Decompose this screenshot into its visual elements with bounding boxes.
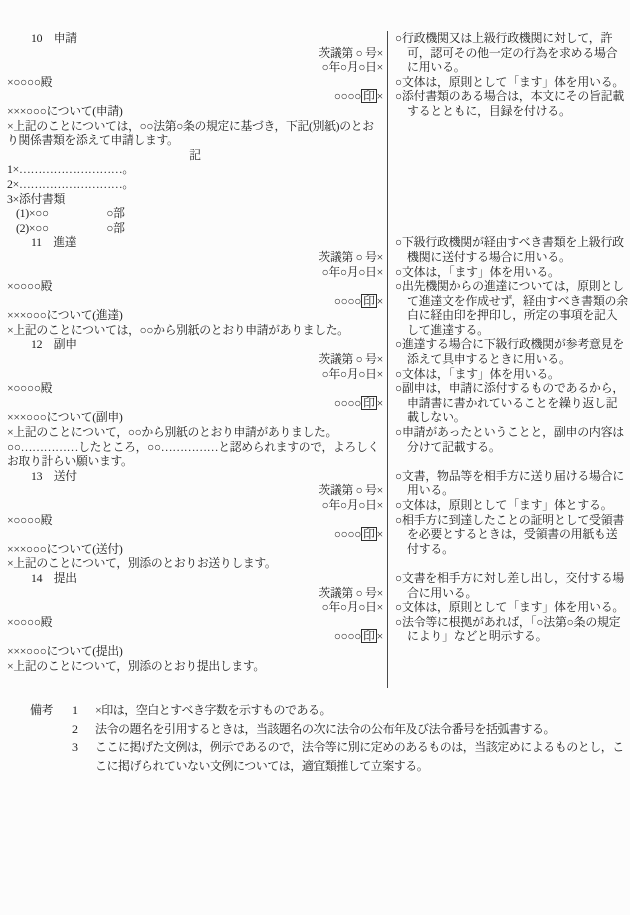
section-14-document: 14 提出茨議第 ○ 号×○年○月○日××○○○○殿○○○○印××××○○○につ… xyxy=(0,571,387,673)
seal-stamp-icon: 印 xyxy=(361,89,377,103)
document-line: ×○○○○殿 xyxy=(7,381,383,396)
sender-name-placeholder: ○○○○ xyxy=(334,527,361,541)
note-item: ○文体は，原則として「ます」体を用いる。 xyxy=(395,75,628,90)
document-line: ○年○月○日× xyxy=(7,498,383,513)
note-item: ○申請があったということと，副申の内容は分けて記載する。 xyxy=(395,425,628,454)
seal-stamp-icon: 印 xyxy=(361,629,377,643)
document-line: 茨議第 ○ 号× xyxy=(7,352,383,367)
remark-item: 備考1×印は，空白とすべき字数を示すものである。 xyxy=(30,701,626,720)
remark-number: 1 xyxy=(72,701,95,720)
section-heading: 13 送付 xyxy=(7,469,383,484)
document-page: 10 申請茨議第 ○ 号×○年○月○日××○○○○殿○○○○印××××○○○につ… xyxy=(0,0,630,915)
seal-trailing-mark: × xyxy=(377,89,383,103)
seal-trailing-mark: × xyxy=(377,629,383,643)
sender-name-placeholder: ○○○○ xyxy=(334,89,361,103)
divider-tail-left xyxy=(0,673,387,688)
document-line: 茨議第 ○ 号× xyxy=(7,483,383,498)
document-line: ×××○○○について(送付) xyxy=(7,542,383,557)
document-line: ×○○○○殿 xyxy=(7,513,383,528)
document-line: ×上記のことについて，○○から別紙のとおり申請がありました。○○……………したと… xyxy=(7,425,383,469)
document-line: ○年○月○日× xyxy=(7,60,383,75)
note-item: ○副申は，申請に添付するものであるから，申請書に書かれていることを繰り返し記載し… xyxy=(395,381,628,425)
document-line: 茨議第 ○ 号× xyxy=(7,46,383,61)
note-item: ○法令等に根拠があれば，「○法第○条の規定により」などと明示する。 xyxy=(395,615,628,644)
seal-trailing-mark: × xyxy=(377,294,383,308)
document-line: ×上記のことについて，別添のとおり提出します。 xyxy=(7,659,383,674)
section-heading: 12 副申 xyxy=(7,337,383,352)
note-item: ○文書，物品等を相手方に送り届ける場合に用いる。 xyxy=(395,469,628,498)
document-line: ×××○○○について(申請) xyxy=(7,104,383,119)
document-line: ×○○○○殿 xyxy=(7,615,383,630)
note-item: ○行政機関又は上級行政機関に対して，許可，認可その他一定の行為を求める場合に用い… xyxy=(395,31,628,75)
section-11-notes: ○下級行政機関が経由すべき書類を上級行政機関に送付する場合に用いる。○文体は，「… xyxy=(387,235,630,337)
section-14-notes: ○文書を相手方に対し差し出し，交付する場合に用いる。○文体は，原則として「ます」… xyxy=(387,571,630,673)
note-item: ○進達する場合に下級行政機関が参考意見を添えて具申するときに用いる。 xyxy=(395,337,628,366)
section-13-notes: ○文書，物品等を相手方に送り届ける場合に用いる。○文体は，原則として「ます」体と… xyxy=(387,469,630,571)
remark-item: 3ここに掲げた文例は，例示であるので，法令等に別に定めのあるものは，当該定めによ… xyxy=(30,738,626,775)
remark-number: 2 xyxy=(72,720,95,739)
document-line: ○年○月○日× xyxy=(7,265,383,280)
seal-line: ○○○○印× xyxy=(7,396,383,411)
note-item: ○文体は，原則として「ます」体を用いる。 xyxy=(395,600,628,615)
section-12-notes: ○進達する場合に下級行政機関が参考意見を添えて具申するときに用いる。○文体は，「… xyxy=(387,337,630,468)
remark-text: ×印は，空白とすべき字数を示すものである。 xyxy=(95,701,626,720)
document-line: ×××○○○について(副申) xyxy=(7,410,383,425)
section-12-document: 12 副申茨議第 ○ 号×○年○月○日××○○○○殿○○○○印××××○○○につ… xyxy=(0,337,387,468)
document-line: ○年○月○日× xyxy=(7,367,383,382)
remarks-label: 備考 xyxy=(30,701,72,720)
note-item: ○下級行政機関が経由すべき書類を上級行政機関に送付する場合に用いる。 xyxy=(395,235,628,264)
document-line: 1×………………………。 xyxy=(7,162,383,177)
sender-name-placeholder: ○○○○ xyxy=(334,629,361,643)
seal-line: ○○○○印× xyxy=(7,89,383,104)
seal-stamp-icon: 印 xyxy=(361,294,377,308)
section-heading: 10 申請 xyxy=(7,31,383,46)
note-item: ○文体は，原則として「ます」体とする。 xyxy=(395,498,628,513)
document-line: ○年○月○日× xyxy=(7,600,383,615)
section-heading: 11 進達 xyxy=(7,235,383,250)
seal-trailing-mark: × xyxy=(377,527,383,541)
seal-stamp-icon: 印 xyxy=(361,527,377,541)
document-line: ×○○○○殿 xyxy=(7,279,383,294)
document-line: 2×………………………。 xyxy=(7,177,383,192)
document-grid: 10 申請茨議第 ○ 号×○年○月○日××○○○○殿○○○○印××××○○○につ… xyxy=(0,31,630,688)
section-13-document: 13 送付茨議第 ○ 号×○年○月○日××○○○○殿○○○○印××××○○○につ… xyxy=(0,469,387,571)
note-item: ○出先機関からの進達については，原則として進達文を作成せず，経由すべき書類の余白… xyxy=(395,279,628,337)
seal-line: ○○○○印× xyxy=(7,294,383,309)
remark-item: 2法令の題名を引用するときは，当該題名の次に法令の公布年及び法令番号を括弧書する… xyxy=(30,720,626,739)
document-line: (2)×○○ ○部 xyxy=(7,221,383,236)
divider-tail-right xyxy=(387,673,630,688)
note-item: ○文体は，「ます」体を用いる。 xyxy=(395,265,628,280)
seal-line: ○○○○印× xyxy=(7,527,383,542)
section-11-document: 11 進達茨議第 ○ 号×○年○月○日××○○○○殿○○○○印××××○○○につ… xyxy=(0,235,387,337)
section-heading: 14 提出 xyxy=(7,571,383,586)
sender-name-placeholder: ○○○○ xyxy=(334,396,361,410)
document-line: ×○○○○殿 xyxy=(7,75,383,90)
document-line: ×上記のことについて，別添のとおりお送りします。 xyxy=(7,556,383,571)
document-line: ×××○○○について(提出) xyxy=(7,644,383,659)
section-10-document: 10 申請茨議第 ○ 号×○年○月○日××○○○○殿○○○○印××××○○○につ… xyxy=(0,31,387,235)
note-item: ○文体は，「ます」体を用いる。 xyxy=(395,367,628,382)
sender-name-placeholder: ○○○○ xyxy=(334,294,361,308)
remark-number: 3 xyxy=(72,738,95,757)
document-line: 茨議第 ○ 号× xyxy=(7,250,383,265)
remark-text: ここに掲げた文例は，例示であるので，法令等に別に定めのあるものは，当該定めによる… xyxy=(95,738,626,775)
document-line: 3×添付書類 xyxy=(7,192,383,207)
remarks-section: 備考1×印は，空白とすべき字数を示すものである。2法令の題名を引用するときは，当… xyxy=(30,701,626,775)
document-line: ×××○○○について(進達) xyxy=(7,308,383,323)
remark-text: 法令の題名を引用するときは，当該題名の次に法令の公布年及び法令番号を括弧書する。 xyxy=(95,720,626,739)
document-line: 記 xyxy=(7,148,383,163)
seal-stamp-icon: 印 xyxy=(361,396,377,410)
document-line: ×上記のことについては，○○から別紙のとおり申請がありました。 xyxy=(7,323,383,338)
note-item: ○添付書類のある場合は，本文にその旨記載するとともに，目録を付ける。 xyxy=(395,89,628,118)
section-10-notes: ○行政機関又は上級行政機関に対して，許可，認可その他一定の行為を求める場合に用い… xyxy=(387,31,630,235)
document-line: (1)×○○ ○部 xyxy=(7,206,383,221)
note-item: ○文書を相手方に対し差し出し，交付する場合に用いる。 xyxy=(395,571,628,600)
note-item: ○相手方に到達したことの証明として受領書を必要とするときは，受領書の用紙も送付す… xyxy=(395,513,628,557)
document-line: ×上記のことについては，○○法第○条の規定に基づき，下記(別紙)のとおり関係書類… xyxy=(7,119,383,148)
seal-trailing-mark: × xyxy=(377,396,383,410)
seal-line: ○○○○印× xyxy=(7,629,383,644)
document-line: 茨議第 ○ 号× xyxy=(7,586,383,601)
